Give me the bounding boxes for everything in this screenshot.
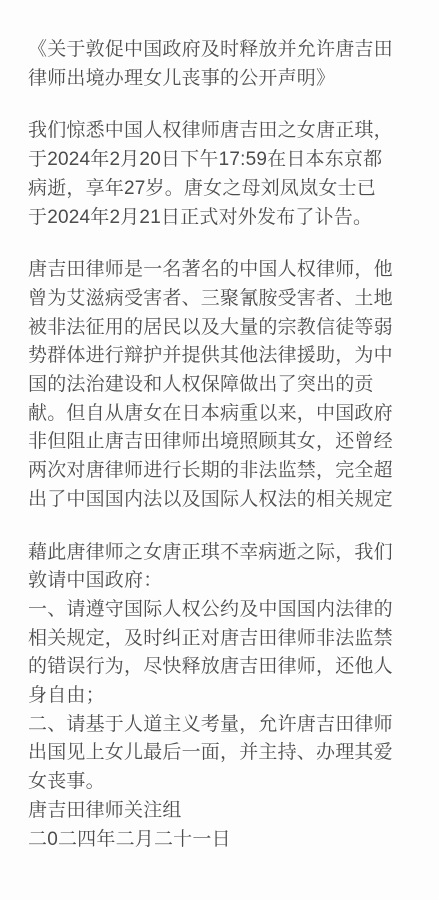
signature-group-name: 唐吉田律师关注组	[28, 797, 415, 826]
paragraph-death-notice: 我们惊悉中国人权律师唐吉田之女唐正琪， 于2024年2月20日下午17:59在日…	[28, 117, 415, 232]
paragraph-lawyer-background: 唐吉田律师是一名著名的中国人权律师，他 曾为艾滋病受害者、三聚氰胺受害者、土地 …	[28, 256, 415, 514]
paragraph-demands: 藉此唐律师之女唐正琪不幸病逝之际，我们 敦请中国政府： 一、请遵守国际人权公约及…	[28, 539, 415, 797]
signature-date: 二0二四年二月二十一日	[28, 826, 415, 855]
statement-document: 《关于敦促中国政府及时释放并允许唐吉田 律师出境办理女儿丧事的公开声明》 我们惊…	[0, 0, 439, 900]
statement-title: 《关于敦促中国政府及时释放并允许唐吉田 律师出境办理女儿丧事的公开声明》	[28, 36, 415, 93]
